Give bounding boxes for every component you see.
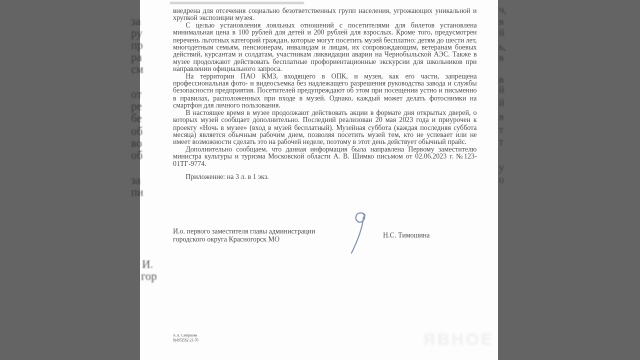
signer-title: И.о. первого заместителя главы администр… [173, 228, 355, 243]
background-letter-fragment: пи [131, 187, 143, 199]
paragraph-photo-ban: На территории ПАО КМЗ, входящего в ОПК, … [173, 74, 477, 110]
background-letter-fragment: об [131, 126, 143, 138]
background-letter-fragment: т [499, 137, 503, 148]
executor-name: А.А. Смирнова [173, 334, 198, 339]
background-letter-fragment: за [131, 175, 141, 187]
background-letter-fragment: ру [131, 28, 142, 40]
executor-footer: А.А. Смирнова 8(495)562-21-70 [173, 334, 198, 343]
background-letter-fragment: см [131, 64, 143, 76]
paragraph-ministry-notice: Дополнительно сообщаем, что данная инфор… [173, 146, 477, 168]
background-letter-fragment: ре [131, 101, 142, 113]
background-letter-fragment: в [499, 53, 504, 64]
background-letter-fragment: о [499, 175, 504, 186]
paragraph-ticket-prices: С целью установления лояльных отношений … [173, 23, 477, 74]
attachment-line: Приложение: на 3 л. в 1 экз. [173, 174, 477, 181]
background-letter-fragment: бе [131, 113, 142, 125]
paragraph-continuation: внедрена для отсечения социально безотве… [173, 8, 477, 23]
video-frame: внедрена для отсечения социально безотве… [0, 0, 640, 360]
background-letter-fragment: ь, [499, 42, 506, 53]
background-letter-fragment: об [131, 150, 143, 162]
right-gray-panel [498, 0, 640, 360]
background-letter-fragment: й [499, 28, 504, 39]
faint-watermark: ЯВНОЕ [423, 330, 494, 350]
background-letter-fragment: т [499, 125, 503, 136]
handwritten-signature [344, 210, 374, 258]
background-letter-fragment: гор [141, 271, 157, 283]
left-gray-panel [0, 0, 140, 360]
background-letter-fragment: во [131, 138, 142, 150]
background-letter-fragment: в [499, 17, 504, 28]
background-letter-fragment: за [131, 16, 141, 28]
background-letter-fragment: й [499, 85, 504, 96]
executor-phone: 8(495)562-21-70 [173, 339, 198, 344]
background-letter-fragment: й [499, 98, 504, 109]
background-letter-fragment: у [499, 163, 504, 174]
page-top-edge-line [170, 2, 304, 4]
letter-body: внедрена для отсечения социально безотве… [173, 8, 477, 181]
background-letter-fragment: И. [142, 259, 153, 271]
signer-title-line2: городского округа Красногорск МО [173, 236, 355, 244]
paragraph-open-days: В настоящее время в музее продолжают дей… [173, 110, 477, 146]
background-letter-fragment: в [499, 112, 504, 123]
background-letter-fragment: пр [131, 40, 143, 52]
signer-title-line1: И.о. первого заместителя главы администр… [173, 228, 355, 236]
background-letter-fragment: от [131, 89, 142, 101]
background-letter-fragment: ра [131, 52, 142, 64]
background-letter-fragment: ч, [499, 5, 507, 16]
signer-name: Н.С. Тимошина [383, 232, 430, 240]
